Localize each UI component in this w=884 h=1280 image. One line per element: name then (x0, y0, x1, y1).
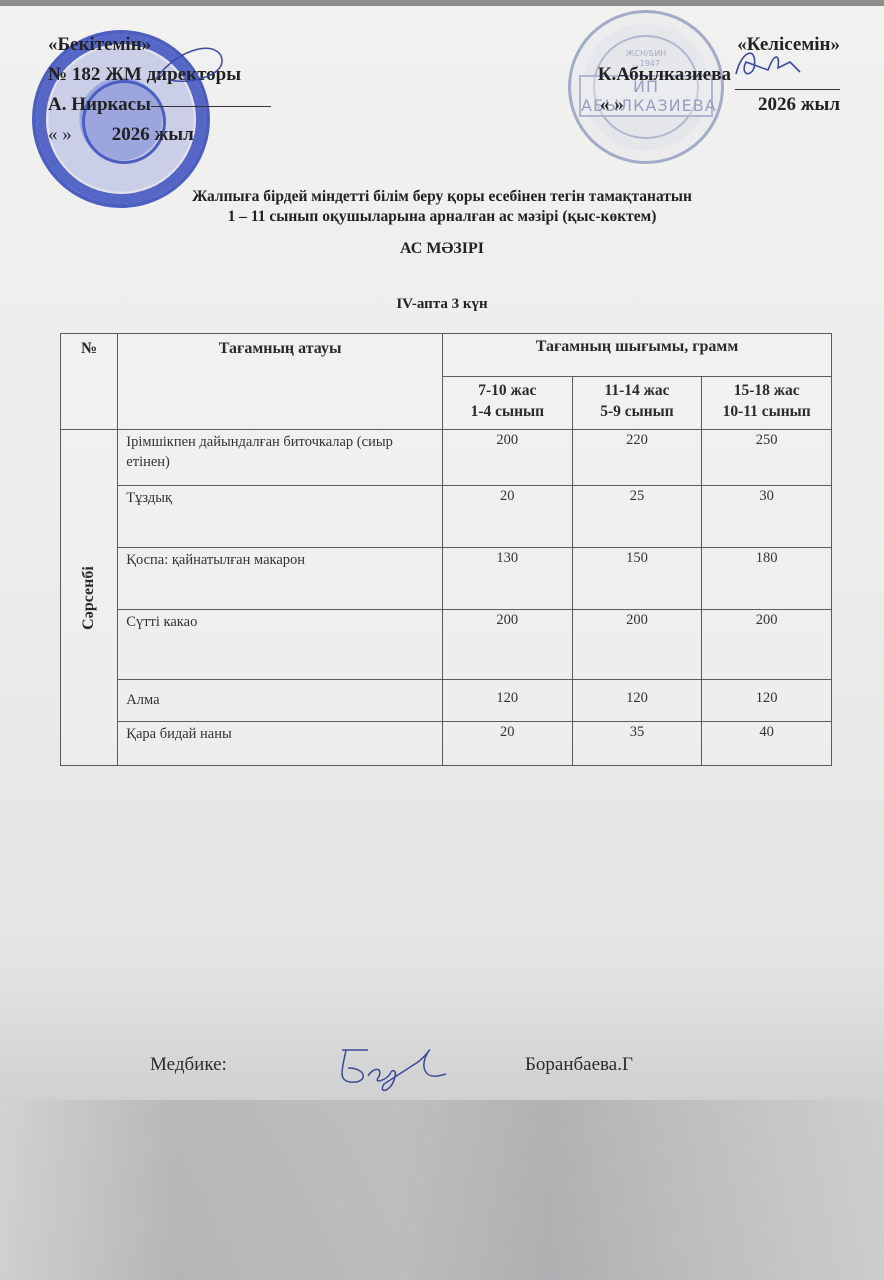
yield-value: 30 (702, 486, 832, 548)
yield-value: 120 (572, 680, 702, 722)
yield-value: 25 (572, 486, 702, 548)
table-row: Алма 120 120 120 (61, 680, 832, 722)
signature-line (151, 105, 271, 107)
page-shadow (0, 1100, 884, 1280)
col-header-age-group: 7-10 жас1-4 сынып (442, 377, 572, 430)
day-label: Сәрсенбі (80, 566, 98, 630)
yield-value: 20 (442, 486, 572, 548)
agreement-year: 2026 жыл (758, 90, 840, 120)
yield-value: 220 (572, 430, 702, 486)
col-header-number: № (61, 334, 118, 430)
yield-value: 200 (442, 610, 572, 680)
yield-value: 200 (442, 430, 572, 486)
col-header-dish-name: Тағамның атауы (118, 334, 443, 430)
page-edge (0, 0, 884, 6)
agreement-signature (728, 44, 818, 84)
agreement-date: « » (550, 90, 624, 120)
yield-value: 250 (702, 430, 832, 486)
nurse-label: Медбике: (150, 1054, 227, 1076)
agreement-name: К.Абылказиева (598, 64, 731, 85)
document-title-line2: 1 – 11 сынып оқушыларына арналған ас мәз… (0, 208, 884, 226)
approval-date: « » (48, 124, 72, 145)
dish-name: Алма (118, 680, 443, 722)
yield-value: 120 (442, 680, 572, 722)
menu-table: № Тағамның атауы Тағамның шығымы, грамм … (60, 333, 832, 766)
approval-year: 2026 жыл (112, 124, 194, 145)
yield-value: 20 (442, 722, 572, 766)
table-row: Тұздық 20 25 30 (61, 486, 832, 548)
table-row: Қоспа: қайнатылған макарон 130 150 180 (61, 548, 832, 610)
table-row: Қара бидай наны 20 35 40 (61, 722, 832, 766)
col-header-age-group: 11-14 жас5-9 сынып (572, 377, 702, 430)
signature-line (735, 88, 840, 90)
document-title-line1: Жалпыға бірдей міндетті білім беру қоры … (0, 188, 884, 206)
yield-value: 200 (702, 610, 832, 680)
director-name: А. Ниркасы (48, 94, 151, 115)
dish-name: Тұздық (118, 486, 443, 548)
day-cell: Сәрсенбі (61, 430, 118, 766)
col-header-age-group: 15-18 жас10-11 сынып (702, 377, 832, 430)
yield-value: 35 (572, 722, 702, 766)
yield-value: 180 (702, 548, 832, 610)
table-row: Сүтті какао 200 200 200 (61, 610, 832, 680)
table-row: Сәрсенбі Ірімшікпен дайындалған биточкал… (61, 430, 832, 486)
nurse-signature (328, 1040, 458, 1095)
dish-name: Қара бидай наны (118, 722, 443, 766)
yield-value: 130 (442, 548, 572, 610)
yield-value: 200 (572, 610, 702, 680)
yield-value: 150 (572, 548, 702, 610)
nurse-name: Боранбаева.Г (525, 1054, 633, 1076)
yield-value: 40 (702, 722, 832, 766)
yield-value: 120 (702, 680, 832, 722)
col-header-yield: Тағамның шығымы, грамм (442, 334, 831, 377)
dish-name: Қоспа: қайнатылған макарон (118, 548, 443, 610)
week-day-label: IV-апта 3 күн (0, 296, 884, 313)
menu-heading: АС МӘЗІРІ (0, 240, 884, 258)
dish-name: Ірімшікпен дайындалған биточкалар (сиыр … (118, 430, 443, 486)
dish-name: Сүтті какао (118, 610, 443, 680)
director-signature (150, 40, 230, 100)
